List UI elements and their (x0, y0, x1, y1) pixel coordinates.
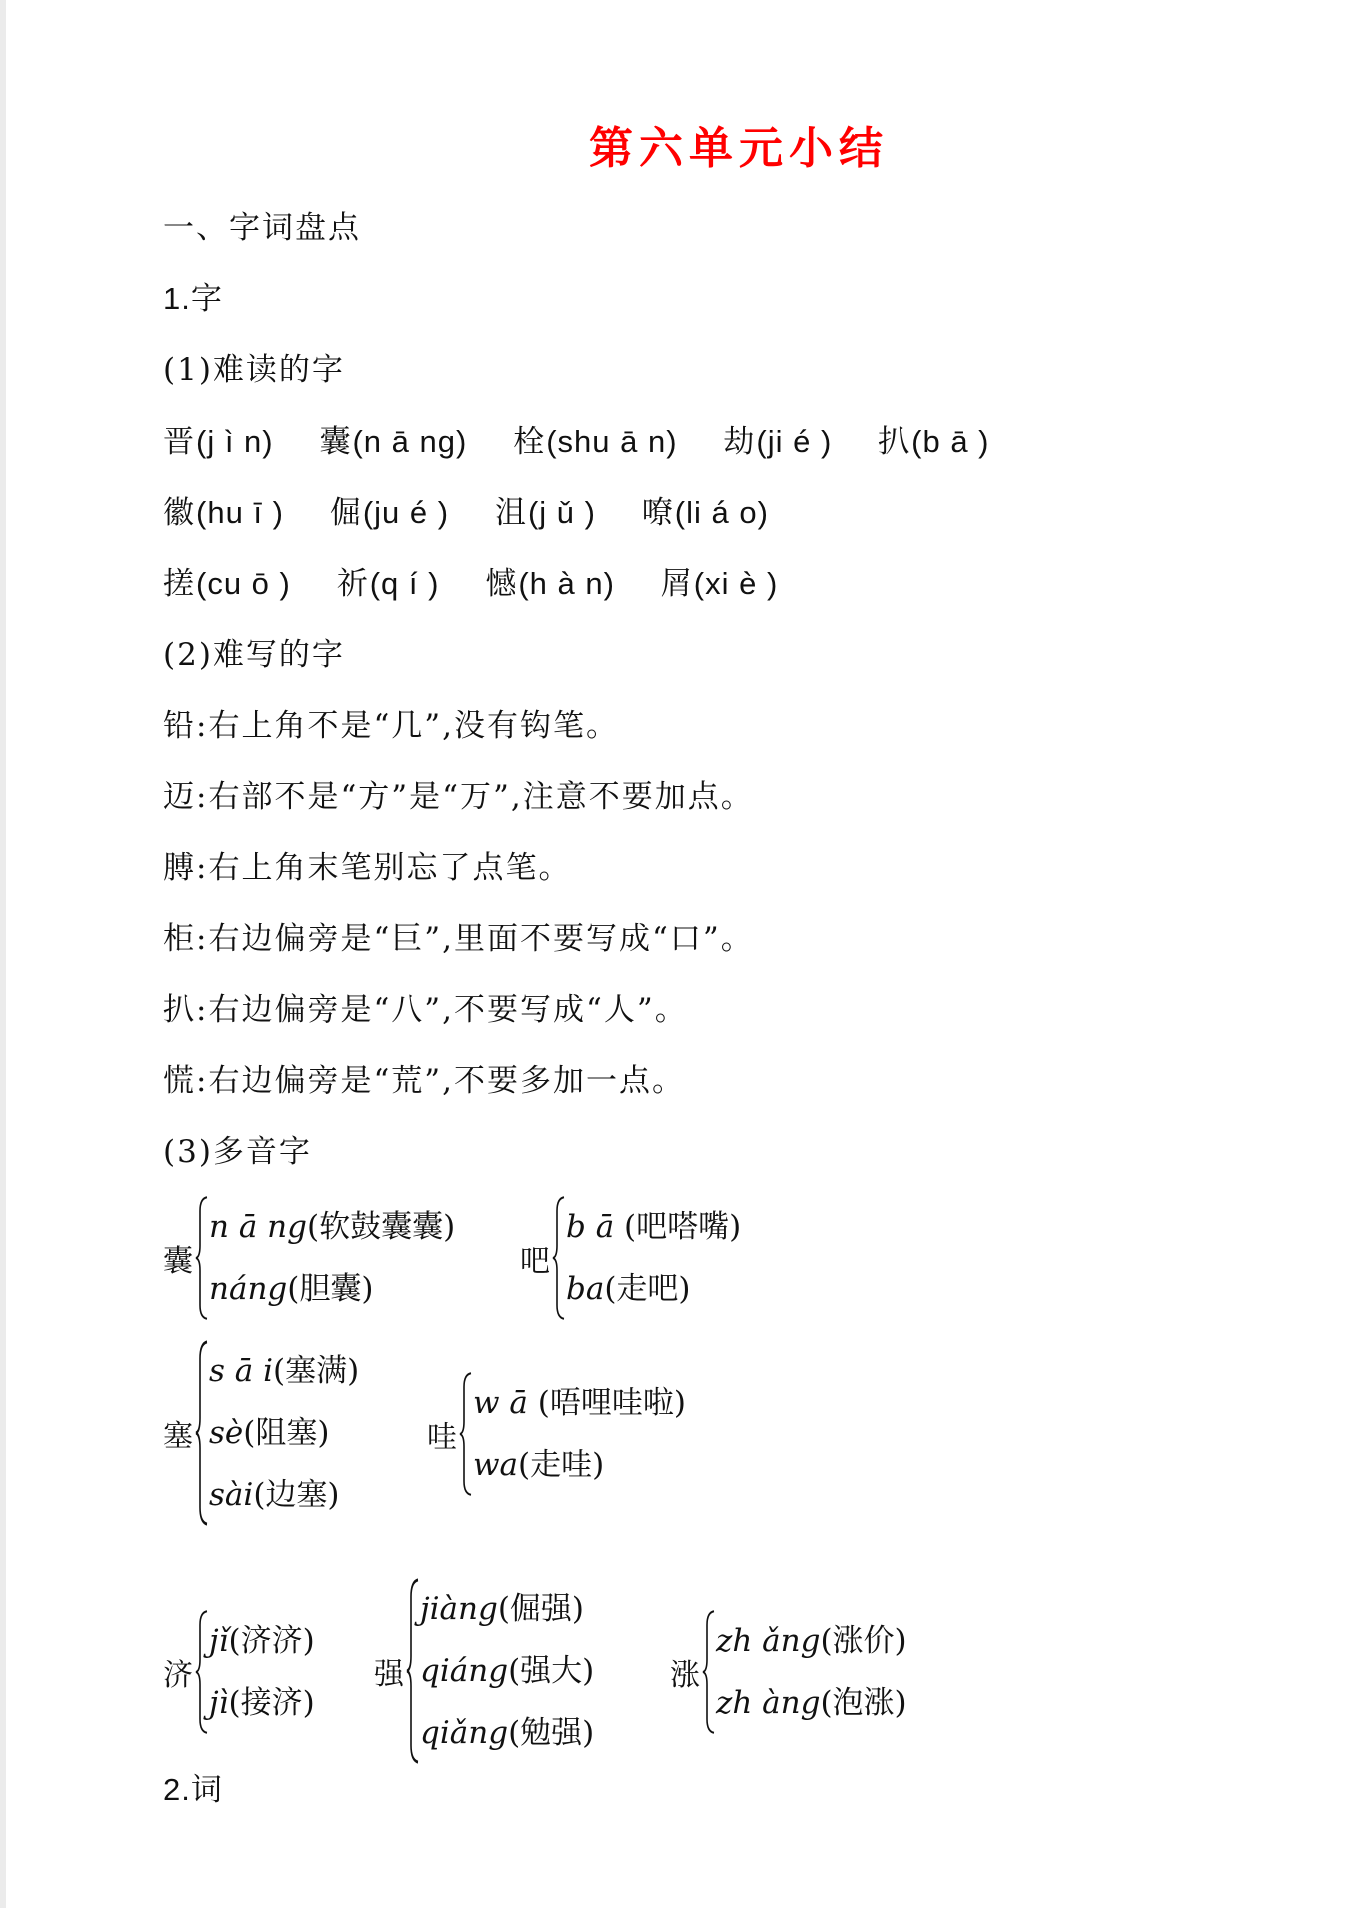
reading-row-2: 徽(hu ī ) 倔(ju é ) 沮(j ǔ ) 嘹(li á o) (163, 487, 803, 532)
reading-line: ba(走吧) (566, 1258, 741, 1320)
reading-line: sài(边塞) (209, 1464, 359, 1526)
writing-note: 膊:右上角末笔别忘了点笔。 (163, 842, 571, 887)
polyphonic-char: 吧 (520, 1236, 550, 1280)
writing-note: 扒:右边偏旁是“八”,不要写成“人”。 (163, 984, 688, 1029)
reading-line: náng(胆囊) (209, 1258, 455, 1320)
reading-item: 栓(shu ā n) (513, 416, 677, 461)
writing-note: 柜:右边偏旁是“巨”,里面不要写成“口”。 (163, 913, 754, 958)
brace-icon (459, 1372, 473, 1496)
reading-line: zh àng(泡涨) (716, 1672, 907, 1734)
page-title: 第六单元小结 (0, 112, 1358, 176)
reading-item: 扒(b ā ) (878, 416, 989, 461)
reading-line: b ā (吧嗒嘴) (566, 1196, 741, 1258)
hard-to-write-heading: (2)难写的字 (163, 629, 345, 674)
section-heading: 一、字词盘点 (163, 202, 361, 247)
reading-line: n ā ng(软鼓囊囊) (209, 1196, 455, 1258)
reading-item: 徽(hu ī ) (163, 487, 284, 532)
subsection-characters: 1.字 (163, 273, 223, 318)
polyphonic-group: 涨 zh ǎng(涨价) zh àng(泡涨) (670, 1610, 907, 1734)
reading-item: 劫(ji é ) (723, 416, 832, 461)
reading-line: sè(阻塞) (209, 1402, 359, 1464)
brace-icon (195, 1340, 209, 1526)
writing-note: 慌:右边偏旁是“荒”,不要多加一点。 (163, 1055, 685, 1100)
brace-icon (702, 1610, 716, 1734)
hard-to-read-heading: (1)难读的字 (163, 344, 345, 389)
reading-row-3: 搓(cu ō ) 祈(q í ) 憾(h à n) 屑(xi è ) (163, 558, 812, 603)
polyphonic-group: 强 jiàng(倔强) qiáng(强大) qiǎng(勉强) (374, 1578, 594, 1764)
polyphonic-char: 塞 (163, 1411, 193, 1455)
polyphonic-char: 囊 (163, 1236, 193, 1280)
polyphonic-group: 吧 b ā (吧嗒嘴) ba(走吧) (520, 1196, 741, 1320)
writing-note: 铅:右上角不是“几”,没有钩笔。 (163, 700, 619, 745)
reading-item: 搓(cu ō ) (163, 558, 291, 603)
reading-item: 憾(h à n) (485, 558, 615, 603)
polyphonic-group: 哇 w ā (唔哩哇啦) wa(走哇) (427, 1372, 686, 1496)
reading-line: qiáng(强大) (420, 1640, 594, 1702)
reading-item: 嘹(li á o) (642, 487, 769, 532)
reading-line: jiàng(倔强) (420, 1578, 594, 1640)
brace-icon (195, 1196, 209, 1320)
brace-icon (552, 1196, 566, 1320)
polyphonic-group: 囊 n ā ng(软鼓囊囊) náng(胆囊) (163, 1196, 455, 1320)
reading-line: qiǎng(勉强) (420, 1702, 594, 1764)
reading-line: w ā (唔哩哇啦) (473, 1372, 686, 1434)
reading-line: s ā i(塞满) (209, 1340, 359, 1402)
polyphonic-char: 哇 (427, 1412, 457, 1456)
polyphonic-char: 济 (163, 1650, 193, 1694)
reading-item: 祈(q í ) (337, 558, 440, 603)
polyphonic-group: 塞 s ā i(塞满) sè(阻塞) sài(边塞) (163, 1340, 359, 1526)
reading-item: 晋(j ì n) (163, 416, 274, 461)
page-edge (0, 0, 6, 1908)
polyphonic-char: 涨 (670, 1650, 700, 1694)
reading-item: 囊(n ā ng) (319, 416, 467, 461)
brace-icon (195, 1610, 209, 1734)
writing-note: 迈:右部不是“方”是“万”,注意不要加点。 (163, 771, 754, 816)
reading-line: jǐ(济济) (209, 1610, 315, 1672)
reading-item: 倔(ju é ) (330, 487, 449, 532)
reading-item: 沮(j ǔ ) (495, 487, 596, 532)
polyphonic-group: 济 jǐ(济济) jì(接济) (163, 1610, 315, 1734)
reading-line: jì(接济) (209, 1672, 315, 1734)
polyphonic-heading: (3)多音字 (163, 1126, 312, 1171)
reading-item: 屑(xi è ) (661, 558, 779, 603)
subsection-words: 2.词 (163, 1764, 223, 1809)
polyphonic-char: 强 (374, 1649, 404, 1693)
reading-line: zh ǎng(涨价) (716, 1610, 907, 1672)
reading-line: wa(走哇) (473, 1434, 686, 1496)
brace-icon (406, 1578, 420, 1764)
reading-row-1: 晋(j ì n) 囊(n ā ng) 栓(shu ā n) 劫(ji é ) 扒… (163, 416, 1024, 461)
